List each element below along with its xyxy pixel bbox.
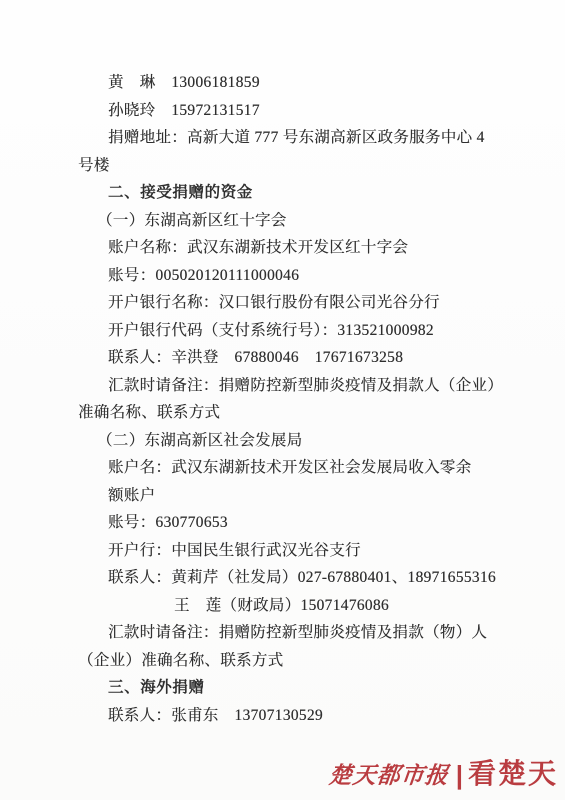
document-body: 黄 琳 13006181859 孙晓玲 15972131517 捐赠地址：高新大… [78,69,547,729]
contact-huang-lin: 黄 琳 13006181859 [78,69,547,97]
press-logo-bold: 看楚天 [468,752,558,792]
document-page: 黄 琳 13006181859 孙晓玲 15972131517 捐赠地址：高新大… [0,0,565,800]
bank-name-2: 开户行：中国民生银行武汉光谷支行 [78,537,547,565]
section-3-heading: 三、海外捐赠 [78,674,547,702]
section-2-heading: 二、接受捐赠的资金 [78,179,547,207]
contact-person-2a: 联系人：黄莉芹（社发局）027-67880401、18971655316 [78,564,547,592]
remark-note-1: 汇款时请备注：捐赠防控新型肺炎疫情及捐款人（企业） [78,372,547,400]
account-name-2-cont: 额账户 [78,482,547,510]
overseas-contact: 联系人：张甫东 13707130529 [78,702,547,730]
remark-note-2-cont: （企业）准确名称、联系方式 [78,647,547,675]
subsection-1-title: （一）东湖高新区红十字会 [78,207,547,235]
bank-name-1: 开户银行名称：汉口银行股份有限公司光谷分行 [78,289,547,317]
press-logo-script: 楚天都市报 [327,757,450,790]
bank-code-1: 开户银行代码（支付系统行号）：313521000982 [78,317,547,345]
account-name-2: 账户名：武汉东湖新技术开发区社会发展局收入零余 [78,454,547,482]
press-watermark: 楚天都市报 | 看楚天 [329,752,558,792]
contact-person-1: 联系人：辛洪登 67880046 17671673258 [78,344,547,372]
remark-note-1-cont: 准确名称、联系方式 [78,399,547,427]
press-logo-divider-icon: | [456,760,463,791]
contact-person-2b: 王 莲（财政局）15071476086 [78,592,547,620]
donation-address: 捐赠地址：高新大道 777 号东湖高新区政务服务中心 4 [78,124,547,152]
account-name-1: 账户名称：武汉东湖新技术开发区红十字会 [78,234,547,262]
subsection-2-title: （二）东湖高新区社会发展局 [78,427,547,455]
account-number-2: 账号：630770653 [78,509,547,537]
contact-sun-xiaoling: 孙晓玲 15972131517 [78,97,547,125]
account-number-1: 账号：005020120111000046 [78,262,547,290]
donation-address-cont: 号楼 [78,152,547,180]
remark-note-2: 汇款时请备注：捐赠防控新型肺炎疫情及捐款（物）人 [78,619,547,647]
